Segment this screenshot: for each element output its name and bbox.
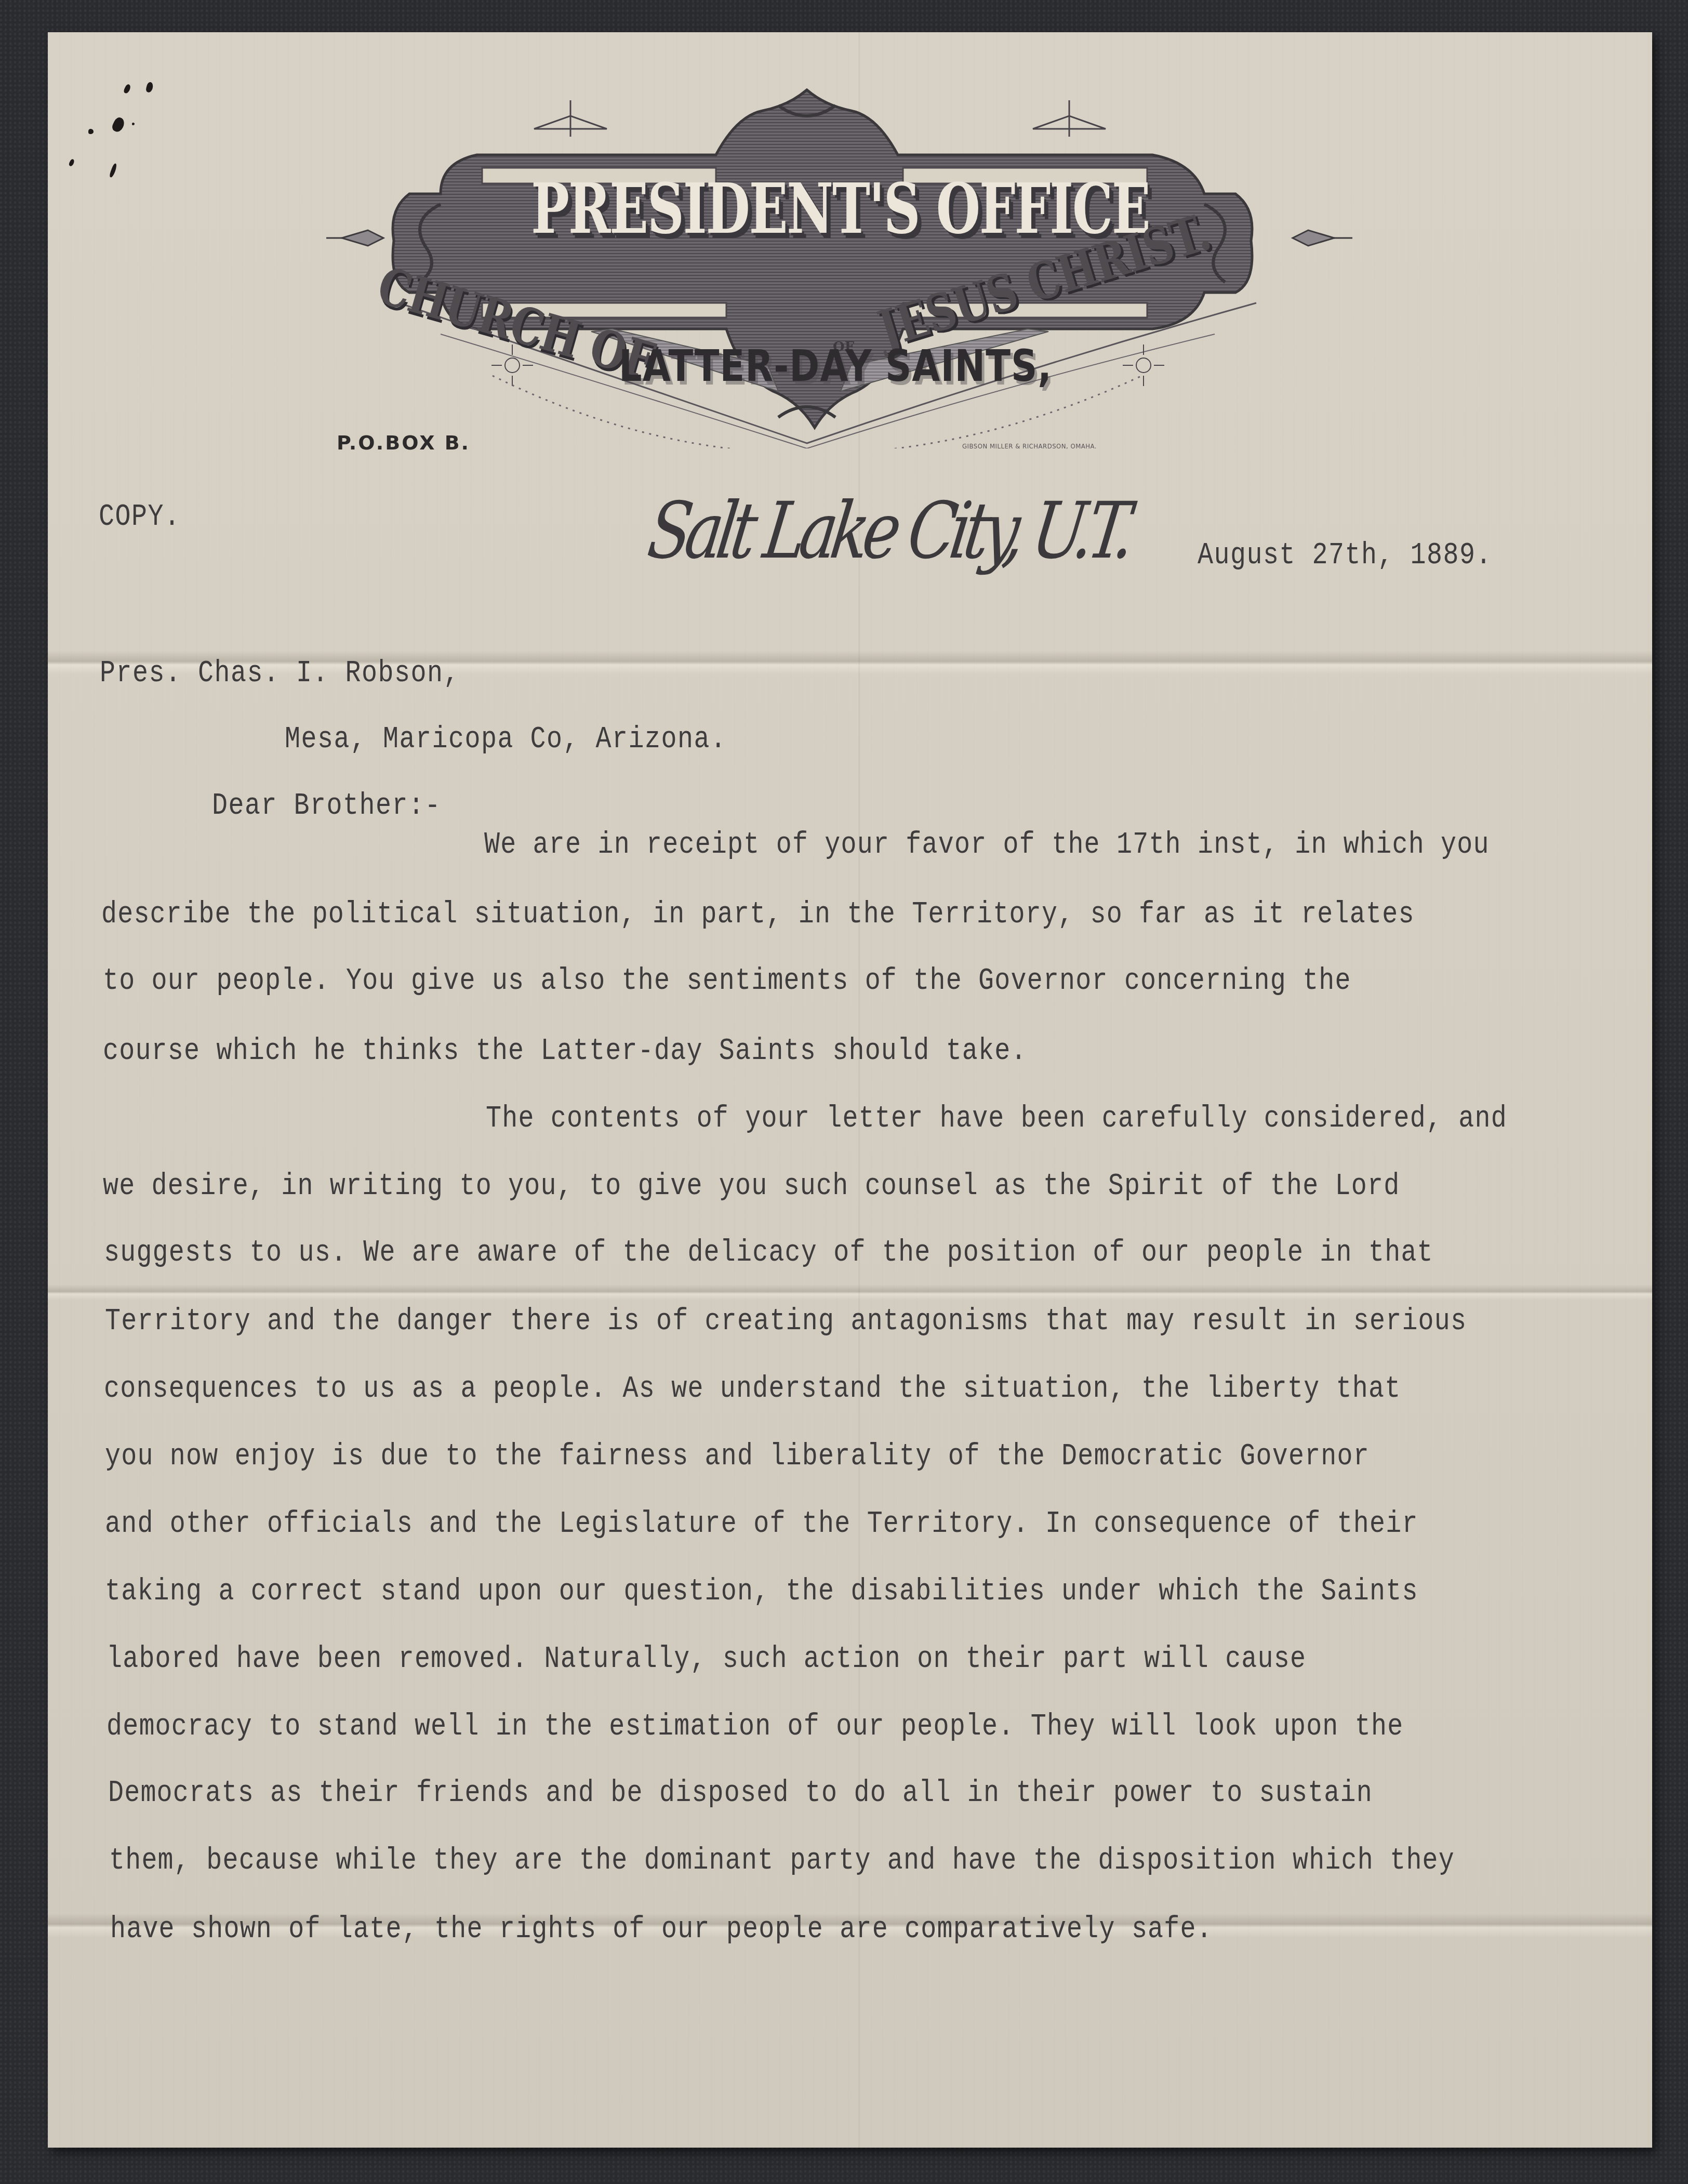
paper-damage-hole	[123, 84, 132, 95]
body-line: course which he thinks the Latter-day Sa…	[103, 1034, 1027, 1069]
paper-damage-hole	[88, 129, 94, 134]
body-line: describe the political situation, in par…	[101, 897, 1415, 932]
letterhead-title: PRESIDENT'S OFFICE	[525, 175, 1156, 245]
body-line: We are in receipt of your favor of the 1…	[484, 828, 1490, 863]
salutation: Dear Brother:-	[212, 789, 441, 824]
body-line: taking a correct stand upon our question…	[105, 1574, 1418, 1609]
body-line: consequences to us as a people. As we un…	[104, 1372, 1401, 1407]
paper-damage-hole	[109, 163, 117, 178]
body-line: Territory and the danger there is of cre…	[105, 1304, 1467, 1339]
paper-damage-hole	[68, 158, 75, 167]
body-line: labored have been removed. Naturally, su…	[107, 1642, 1306, 1677]
body-line: suggests to us. We are aware of the deli…	[104, 1236, 1433, 1270]
po-box: P.O.BOX B.	[337, 431, 470, 454]
letterhead: PRESIDENT'S OFFICE CHURCH OF JESUS CHRIS…	[321, 85, 1356, 448]
recipient-location: Mesa, Maricopa Co, Arizona.	[285, 722, 727, 757]
recipient-name: Pres. Chas. I. Robson,	[100, 656, 460, 691]
letterhead-engraving-ornament	[321, 85, 1356, 448]
body-line: and other officials and the Legislature …	[105, 1507, 1418, 1542]
place-script: Salt Lake City, U.T.	[643, 486, 1135, 576]
body-line: Democrats as their friends and be dispos…	[108, 1776, 1373, 1811]
body-line: democracy to stand well in the estimatio…	[107, 1710, 1403, 1744]
body-line: have shown of late, the rights of our pe…	[110, 1912, 1213, 1947]
letterhead-saints: LATTER-DAY SAINTS,	[498, 340, 1173, 391]
paper-damage-hole	[111, 116, 126, 134]
body-line: you now enjoy is due to the fairness and…	[105, 1439, 1370, 1474]
body-line: The contents of your letter have been ca…	[486, 1102, 1507, 1136]
letter-date: August 27th, 1889.	[1198, 538, 1492, 573]
copy-mark: COPY.	[99, 500, 181, 535]
body-line: we desire, in writing to you, to give yo…	[103, 1169, 1400, 1204]
printer-credit: GIBSON MILLER & RICHARDSON, OMAHA.	[962, 443, 1097, 451]
body-line: to our people. You give us also the sent…	[103, 964, 1351, 999]
paper-damage-hole	[145, 82, 154, 93]
paper-damage-hole	[132, 123, 135, 125]
paper-fold-crease	[48, 1285, 1652, 1300]
body-line: them, because while they are the dominan…	[109, 1844, 1455, 1878]
